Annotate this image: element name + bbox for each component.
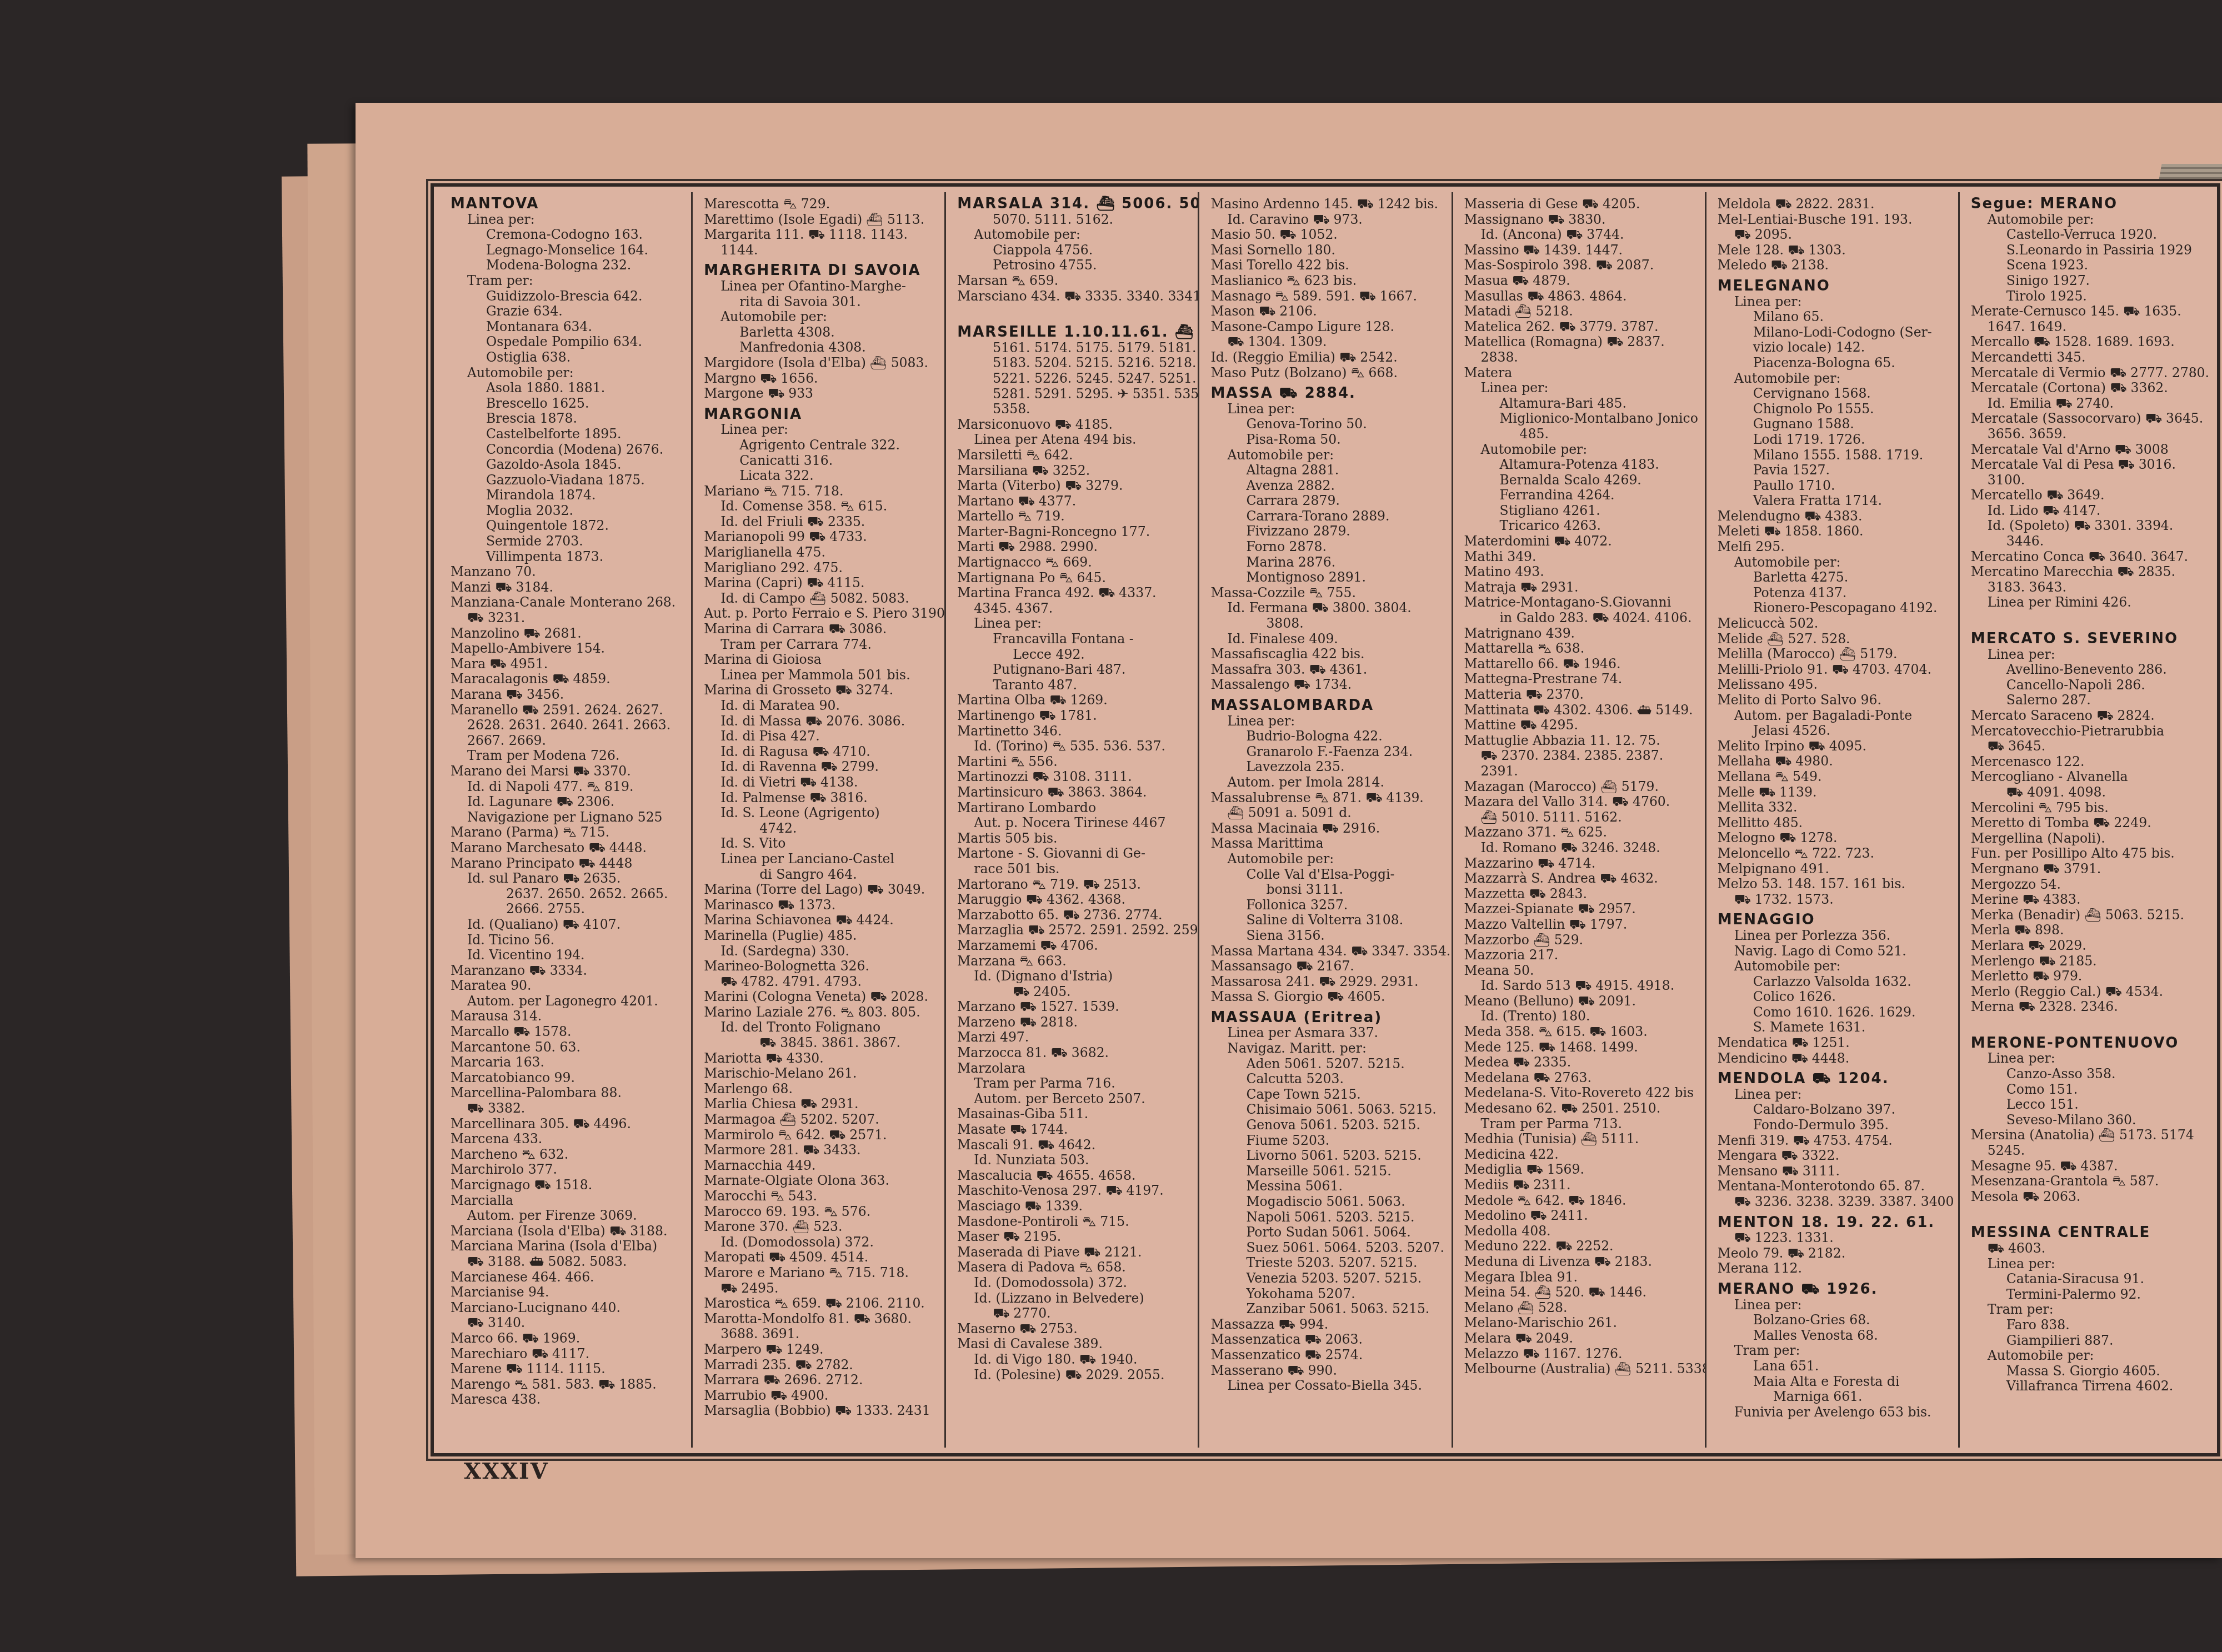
station-entry: Marcialla [451, 1193, 685, 1209]
station-entry: Medesano 62. ⛟ 2501. 2510. [1464, 1101, 1699, 1117]
station-subentry: Villafranca Tirrena 4602. [1971, 1379, 2206, 1394]
station-subentry: Autom. per Imola 2814. [1210, 775, 1445, 790]
station-subentry: Bernalda Scalo 4269. [1464, 473, 1699, 488]
station-subentry: Autom. per Bagaladi-Ponte [1718, 708, 1953, 724]
station-entry: Masnago ⛍ 589. 591. ⛟ 1667. [1210, 289, 1445, 304]
station-subentry: 2391. [1464, 764, 1699, 779]
station-subentry: Tram per Modena 726. [451, 748, 685, 764]
station-subentry: Malles Venosta 68. [1718, 1328, 1953, 1344]
station-subentry: S. Mamete 1631. [1718, 1020, 1953, 1035]
station-subentry: Altagna 2881. [1210, 463, 1445, 478]
station-entry: Mason ⛟ 2106. [1210, 304, 1445, 319]
station-entry: Marmirolo ⛍ 642. ⛟ 2571. [704, 1128, 939, 1143]
station-entry: Marcallo ⛟ 1578. [451, 1024, 685, 1040]
station-entry: Marrubio ⛟ 4900. [704, 1388, 939, 1404]
station-entry: Mathi 349. [1464, 549, 1699, 565]
station-subentry: Carrara-Torano 2889. [1210, 509, 1445, 524]
station-entry: Margidore (Isola d'Elba) ⛴ 5083. [704, 356, 939, 371]
station-entry: Mariotta ⛟ 4330. [704, 1051, 939, 1067]
station-subentry: ⛟ 2495. [704, 1281, 939, 1296]
station-entry: Marausa 314. [451, 1009, 685, 1024]
station-entry: Marlengo 68. [704, 1082, 939, 1097]
station-subentry: Linea per: [957, 616, 1192, 632]
section-heading: MERONE-PONTENUOVO [1971, 1036, 2206, 1052]
station-entry: Mensano ⛟ 3111. [1718, 1164, 1953, 1179]
station-entry: Marpero ⛟ 1249. [704, 1342, 939, 1358]
station-entry: Meda 358. ⛍ 615. ⛟ 1603. [1464, 1024, 1699, 1040]
station-entry: Marsan ⛍ 659. [957, 273, 1192, 289]
station-entry: Marano dei Marsi ⛟ 3370. [451, 764, 685, 779]
station-subentry: 1144. [704, 243, 939, 258]
station-entry: Maruggio ⛟ 4362. 4368. [957, 892, 1192, 908]
station-entry: Mentana-Monterotondo 65. 87. [1718, 1179, 1953, 1194]
station-entry: Maracalagonis ⛟ 4859. [451, 672, 685, 687]
station-subentry: Linea per: [1718, 1087, 1953, 1103]
station-subentry: Quingentole 1872. [451, 518, 685, 534]
station-entry: Martello ⛍ 719. [957, 509, 1192, 524]
station-entry: Marzana ⛍ 663. [957, 954, 1192, 969]
station-entry: Matrice-Montagano-S.Giovanni [1464, 595, 1699, 610]
station-subentry: 5245. [1971, 1143, 2206, 1159]
station-entry: Marlia Chiesa ⛟ 2931. [704, 1097, 939, 1112]
station-subentry: Funivia per Avelengo 653 bis. [1718, 1405, 1953, 1420]
station-entry: Marzamemi ⛟ 4706. [957, 938, 1192, 954]
station-subentry: Tram per Parma 716. [957, 1076, 1192, 1092]
station-subentry: Id. di Vigo 180. ⛟ 1940. [957, 1352, 1192, 1368]
station-entry: Masi Sornello 180. [1210, 243, 1445, 258]
station-subentry: Valera Fratta 1714. [1718, 493, 1953, 509]
station-entry: Marengo ⛍ 581. 583. ⛟ 1885. [451, 1377, 685, 1393]
station-subentry: 5161. 5174. 5175. 5179. 5181. [957, 341, 1192, 356]
station-entry: Massa Macinaia ⛟ 2916. [1210, 821, 1445, 837]
station-entry: Martinengo ⛟ 1781. [957, 708, 1192, 724]
station-subentry: Id. (Ancona) ⛟ 3744. [1464, 227, 1699, 243]
station-entry: Marsiconuovo ⛟ 4185. [957, 417, 1192, 433]
station-entry: Mazzoria 217. [1464, 948, 1699, 963]
section-heading: MENAGGIO [1718, 913, 1953, 928]
station-subentry: Francavilla Fontana - [957, 632, 1192, 647]
station-subentry: Id. (Sardegna) 330. [704, 944, 939, 959]
station-entry: Matino 493. [1464, 564, 1699, 580]
index-column-3: MARSALA 314. ⛴ 5006. 5010.5070. 5111. 51… [946, 192, 1199, 1448]
station-subentry: Saline di Volterra 3108. [1210, 913, 1445, 928]
station-subentry: Id. Nunziata 503. [957, 1153, 1192, 1168]
section-heading: MASSA ⛟ 2884. [1210, 386, 1445, 402]
station-subentry: Aut. p. Nocera Tirinese 4467 [957, 815, 1192, 831]
station-subentry: ⛟ 1223. 1331. [1718, 1230, 1953, 1246]
station-subentry: Marniga 661. [1718, 1389, 1953, 1405]
station-subentry: 3688. 3691. [704, 1326, 939, 1342]
station-entry: Manzolino ⛟ 2681. [451, 626, 685, 642]
station-subentry: Colico 1626. [1718, 989, 1953, 1005]
station-subentry: Licata 322. [704, 468, 939, 484]
station-subentry: Maia Alta e Foresta di [1718, 1374, 1953, 1390]
station-subentry: Canicatti 316. [704, 453, 939, 469]
station-subentry: Brescello 1625. [451, 396, 685, 412]
station-entry: Mercatino Marecchia ⛟ 2835. [1971, 564, 2206, 580]
station-entry: Merine ⛟ 4383. [1971, 892, 2206, 908]
station-entry: Mattuglie Abbazia 11. 12. 75. [1464, 733, 1699, 749]
station-entry: Marina di Grosseto ⛟ 3274. [704, 683, 939, 698]
station-subentry: Id. (Dignano d'Istria) [957, 969, 1192, 984]
station-subentry: Jelasi 4526. [1718, 723, 1953, 739]
station-subentry: Pisa-Roma 50. [1210, 432, 1445, 448]
station-subentry: ⛟ 3382. [451, 1101, 685, 1117]
station-entry: Marzaglia ⛟ 2572. 2591. 2592. 2594. [957, 923, 1192, 938]
station-entry: Martis 505 bis. [957, 831, 1192, 847]
station-entry: Melazzo ⛟ 1167. 1276. [1464, 1346, 1699, 1362]
station-entry: Mercallo ⛟ 1528. 1689. 1693. [1971, 334, 2206, 350]
station-subentry: ⛟ 2095. [1718, 227, 1953, 243]
station-subentry: Id. S. Leone (Agrigento) [704, 805, 939, 821]
station-subentry: Chisimaio 5061. 5063. 5215. [1210, 1102, 1445, 1118]
station-entry: Marechiaro ⛟ 4117. [451, 1346, 685, 1362]
station-entry: Melogno ⛟ 1278. [1718, 830, 1953, 846]
station-subentry: Id. (Polesine) ⛟ 2029. 2055. [957, 1368, 1192, 1383]
station-subentry: Id. Lagunare ⛟ 2306. [451, 794, 685, 810]
station-entry: Massafiscaglia 422 bis. [1210, 647, 1445, 662]
station-subentry: Linea per: [1971, 647, 2206, 663]
station-subentry: Gazzuolo-Viadana 1875. [451, 473, 685, 488]
station-entry: Marinella (Puglie) 485. [704, 928, 939, 944]
station-subentry: Montanara 634. [451, 319, 685, 335]
station-entry: Merate-Cernusco 145. ⛟ 1635. [1971, 304, 2206, 319]
station-entry: Marineo-Bolognetta 326. [704, 959, 939, 974]
page-number: XXXIV [464, 1458, 549, 1484]
station-entry: Mercenasco 122. [1971, 754, 2206, 770]
station-subentry: Cervignano 1568. [1718, 386, 1953, 402]
station-entry: Mercatino Conca ⛟ 3640. 3647. [1971, 549, 2206, 565]
station-entry: Mattegna-Prestrane 74. [1464, 672, 1699, 687]
station-entry: Marcianise 94. [451, 1285, 685, 1300]
station-subentry: Legnago-Monselice 164. [451, 243, 685, 258]
station-subentry: Automobile per: [1971, 1348, 2206, 1364]
station-subentry: Tram per: [451, 273, 685, 289]
station-subentry: 5183. 5204. 5215. 5216. 5218. [957, 356, 1192, 371]
station-subentry: Id. (Domodossola) 372. [957, 1275, 1192, 1291]
station-entry: Marescotta ⛍ 729. [704, 197, 939, 212]
station-entry: Matadi ⛴ 5218. [1464, 304, 1699, 319]
station-entry: Maschito-Venosa 297. ⛟ 4197. [957, 1183, 1192, 1199]
station-subentry: Lana 651. [1718, 1359, 1953, 1374]
station-entry: Massalengo ⛟ 1734. [1210, 677, 1445, 693]
station-entry: Manzano 70. [451, 564, 685, 580]
station-subentry: Altamura-Bari 485. [1464, 396, 1699, 412]
station-entry: Meldola ⛟ 2822. 2831. [1718, 197, 1953, 212]
station-subentry: Barletta 4275. [1718, 570, 1953, 585]
section-heading: MARGONIA [704, 407, 939, 423]
station-entry: Marina (Torre del Lago) ⛟ 3049. [704, 882, 939, 898]
station-entry: Mercatale di Vermio ⛟ 2777. 2780. [1971, 366, 2206, 381]
station-subentry: Id. Sardo 513 ⛟ 4915. 4918. [1464, 978, 1699, 994]
station-subentry: Manfredonia 4308. [704, 340, 939, 356]
station-entry: Aut. p. Porto Ferraio e S. Piero 3190 [704, 606, 939, 622]
station-subentry: Linea per: [451, 212, 685, 228]
station-subentry: Lavezzola 235. [1210, 759, 1445, 775]
station-subentry: Salerno 287. [1971, 693, 2206, 708]
station-subentry: Genova-Torino 50. [1210, 417, 1445, 432]
station-entry: Mercogliano - Alvanella [1971, 769, 2206, 785]
station-entry: Marano Principato ⛟ 4448 [451, 856, 685, 872]
station-entry: Masino Ardenno 145. ⛟ 1242 bis. [1210, 197, 1445, 212]
station-entry: Martinsicuro ⛟ 3863. 3864. [957, 785, 1192, 800]
station-entry: Maratea 90. [451, 978, 685, 994]
station-subentry: ⛟ 3231. [451, 610, 685, 626]
station-entry: Marotta-Mondolfo 81. ⛟ 3680. [704, 1311, 939, 1327]
station-entry: Mellana ⛍ 549. [1718, 769, 1953, 785]
station-subentry: ⛟ 1304. 1309. [1210, 334, 1445, 350]
station-subentry: Trieste 5203. 5207. 5215. [1210, 1255, 1445, 1271]
station-entry: Martinozzi ⛟ 3108. 3111. [957, 769, 1192, 785]
station-entry: Mattinata ⛟ 4302. 4306. ⛴ 5149. [1464, 703, 1699, 718]
station-entry: Marzano ⛟ 1527. 1539. [957, 999, 1192, 1015]
station-subentry: Gugnano 1588. [1718, 417, 1953, 432]
station-entry: Mercatale (Cortona) ⛟ 3362. [1971, 381, 2206, 396]
station-subentry: Id. di Ravenna ⛟ 2799. [704, 759, 939, 775]
station-subentry: 4742. [704, 821, 939, 837]
index-columns: MANTOVALinea per:Cremona-Codogno 163.Leg… [439, 192, 2211, 1448]
station-entry: Marina (Capri) ⛟ 4115. [704, 575, 939, 591]
station-subentry: Linea per Mammola 501 bis. [704, 668, 939, 683]
station-entry: Maser ⛟ 2195. [957, 1229, 1192, 1245]
station-subentry: Avenza 2882. [1210, 478, 1445, 494]
station-entry: Marnate-Olgiate Olona 363. [704, 1173, 939, 1189]
section-heading: MARGHERITA DI SAVOIA [704, 263, 939, 279]
station-subentry: Montignoso 2891. [1210, 570, 1445, 585]
station-entry: Meledo ⛟ 2138. [1718, 258, 1953, 273]
station-entry: Merlara ⛟ 2029. [1971, 938, 2206, 954]
station-entry: Massenzatico ⛟ 2574. [1210, 1348, 1445, 1363]
station-entry: Marciana Marina (Isola d'Elba) [451, 1239, 685, 1254]
section-heading: Segue: MERANO [1971, 197, 2206, 212]
station-subentry: Modena-Bologna 232. [451, 258, 685, 273]
section-heading: MENTON 18. 19. 22. 61. [1718, 1215, 1953, 1231]
station-subentry: Mogadiscio 5061. 5063. [1210, 1194, 1445, 1210]
station-subentry: Id. (Spoleto) ⛟ 3301. 3394. [1971, 518, 2206, 534]
station-entry: Masate ⛟ 1744. [957, 1122, 1192, 1138]
station-entry: Mercatale Val di Pesa ⛟ 3016. [1971, 457, 2206, 473]
spacer [957, 304, 1192, 319]
station-entry: Marzocca 81. ⛟ 3682. [957, 1045, 1192, 1061]
station-subentry: Id. del Tronto Folignano [704, 1020, 939, 1035]
station-entry: Martorano ⛍ 719. ⛟ 2513. [957, 877, 1192, 893]
station-entry: Mergozzo 54. [1971, 877, 2206, 893]
station-subentry: Id. (Qualiano) ⛟ 4107. [451, 917, 685, 933]
station-subentry: Linea per Asmara 337. [1210, 1025, 1445, 1041]
index-column-4: Masino Ardenno 145. ⛟ 1242 bis.Id. Carav… [1199, 192, 1453, 1448]
station-subentry: Automobile per: [1971, 212, 2206, 228]
station-subentry: ⛟ 3645. [1971, 739, 2206, 754]
station-subentry: Asola 1880. 1881. [451, 381, 685, 396]
station-subentry: Ospedale Pompilio 634. [451, 334, 685, 350]
station-subentry: ⛟ 2370. 2384. 2385. 2387. [1464, 748, 1699, 764]
station-entry: Mattine ⛟ 4295. [1464, 718, 1699, 733]
station-subentry: Automobile per: [1210, 448, 1445, 463]
station-subentry: 3656. 3659. [1971, 427, 2206, 442]
station-entry: Martano ⛟ 4377. [957, 494, 1192, 509]
station-entry: Melle ⛟ 1139. [1718, 785, 1953, 800]
station-entry: Mazagan (Marocco) ⛴ 5179. [1464, 779, 1699, 795]
station-entry: Martignana Po ⛍ 645. [957, 570, 1192, 586]
station-entry: Marene ⛟ 1114. 1115. [451, 1361, 685, 1377]
station-subentry: Siena 3156. [1210, 928, 1445, 944]
station-entry: Meano (Belluno) ⛟ 2091. [1464, 994, 1699, 1009]
station-subentry: Tram per Parma 713. [1464, 1117, 1699, 1132]
station-subentry: Id. del Friuli ⛟ 2335. [704, 514, 939, 530]
station-subentry: Linea per: [1971, 1051, 2206, 1067]
station-entry: Medea ⛟ 2335. [1464, 1055, 1699, 1070]
station-entry: Maranello ⛟ 2591. 2624. 2627. [451, 703, 685, 718]
station-subentry: 5221. 5226. 5245. 5247. 5251. [957, 371, 1192, 387]
station-entry: Marco 66. ⛟ 1969. [451, 1331, 685, 1346]
station-entry: Masdone-Pontiroli ⛍ 715. [957, 1214, 1192, 1230]
station-entry: Marnacchia 449. [704, 1158, 939, 1174]
station-entry: Maserada di Piave ⛟ 2121. [957, 1245, 1192, 1260]
station-entry: Maranzano ⛟ 3334. [451, 963, 685, 979]
station-subentry: Carrara 2879. [1210, 493, 1445, 509]
station-subentry: Linea per: [1718, 294, 1953, 310]
station-entry: Marano Marchesato ⛟ 4448. [451, 840, 685, 856]
station-subentry: Scena 1923. [1971, 258, 2206, 273]
station-entry: Melfi 295. [1718, 539, 1953, 555]
station-subentry: Follonica 3257. [1210, 898, 1445, 913]
station-entry: Marano (Parma) ⛍ 715. [451, 825, 685, 840]
station-entry: Marciano-Lucignano 440. [451, 1300, 685, 1316]
station-subentry: Bolzano-Gries 68. [1718, 1313, 1953, 1328]
station-subentry: Milano 65. [1718, 309, 1953, 325]
station-subentry: ⛟ 4782. 4791. 4793. [704, 974, 939, 990]
station-subentry: ⛴ 5010. 5111. 5162. [1464, 810, 1699, 825]
station-entry: Marinasco ⛟ 1373. [704, 898, 939, 913]
station-entry: Merana 112. [1718, 1261, 1953, 1276]
station-entry: Marrara ⛟ 2696. 2712. [704, 1373, 939, 1388]
station-subentry: di Sangro 464. [704, 867, 939, 883]
station-subentry: in Galdo 283. ⛟ 4024. 4106. [1464, 610, 1699, 626]
station-entry: Maslianico ⛍ 623 bis. [1210, 273, 1445, 289]
station-subentry: Navigazione per Lignano 525 [451, 810, 685, 825]
station-subentry: Villimpenta 1873. [451, 549, 685, 565]
station-subentry: Id. Palmense ⛟ 3816. [704, 790, 939, 806]
station-entry: Id. (Reggio Emilia) ⛟ 2542. [1210, 350, 1445, 366]
station-subentry: 1647. 1649. [1971, 319, 2206, 335]
station-entry: Mazzorbo ⛴ 529. [1464, 933, 1699, 948]
station-subentry: 2667. 2669. [451, 733, 685, 749]
station-entry: Matrignano 439. [1464, 626, 1699, 642]
station-entry: Merna ⛟ 2328. 2346. [1971, 999, 2206, 1015]
station-entry: Marini (Cologna Veneta) ⛟ 2028. [704, 989, 939, 1005]
station-subentry: Linea per: [1971, 1256, 2206, 1272]
index-column-2: Marescotta ⛍ 729.Marettimo (Isole Egadi)… [693, 192, 946, 1448]
station-subentry: Cape Town 5215. [1210, 1087, 1445, 1103]
station-entry: Mercato Saraceno ⛟ 2824. [1971, 708, 2206, 724]
station-entry: Marone 370. ⛴ 523. [704, 1219, 939, 1235]
station-entry: Marcellinara 305. ⛟ 4496. [451, 1117, 685, 1132]
station-entry: Melzo 53. 148. 157. 161 bis. [1718, 877, 1953, 892]
station-subentry: Marina 2876. [1210, 555, 1445, 570]
station-entry: Marsiletti ⛍ 642. [957, 448, 1192, 463]
station-entry: Mazzei-Spianate ⛟ 2957. [1464, 902, 1699, 917]
station-entry: Melano ⛴ 528. [1464, 1300, 1699, 1316]
station-entry: Medole ⛍ 642. ⛟ 1846. [1464, 1193, 1699, 1209]
station-subentry: Linea per: [1210, 402, 1445, 417]
station-subentry: Cremona-Codogno 163. [451, 227, 685, 243]
station-subentry: Zanzibar 5061. 5063. 5215. [1210, 1301, 1445, 1317]
station-entry: Martinetto 346. [957, 724, 1192, 739]
station-subentry: Fondo-Dermulo 395. [1718, 1118, 1953, 1133]
station-subentry: ⛟ 2405. [957, 984, 1192, 1000]
station-entry: Melissano 495. [1718, 677, 1953, 693]
station-entry: Marzabotto 65. ⛟ 2736. 2774. [957, 908, 1192, 923]
station-entry: Mattarella ⛍ 638. [1464, 641, 1699, 657]
station-entry: Merla ⛟ 898. [1971, 923, 2206, 938]
station-entry: Mariglianella 475. [704, 545, 939, 560]
station-subentry: Caldaro-Bolzano 397. [1718, 1102, 1953, 1118]
station-entry: Marzi 497. [957, 1030, 1192, 1045]
station-subentry: rita di Savoia 301. [704, 294, 939, 310]
station-subentry: Gazoldo-Asola 1845. [451, 457, 685, 473]
station-subentry: Grazie 634. [451, 304, 685, 319]
station-entry: Massarosa 241. ⛟ 2929. 2931. [1210, 974, 1445, 990]
station-subentry: Fiume 5203. [1210, 1133, 1445, 1149]
station-subentry: Linea per: [704, 422, 939, 438]
station-subentry: 5281. 5291. 5295. ✈ 5351. 5357. [957, 387, 1192, 402]
station-entry: Fun. per Posillipo Alto 475 bis. [1971, 846, 2206, 862]
station-entry: Matraja ⛟ 2931. [1464, 580, 1699, 595]
station-subentry: Id. Emilia ⛟ 2740. [1971, 396, 2206, 412]
station-subentry: Automobile per: [451, 366, 685, 381]
station-entry: Menfi 319. ⛟ 4753. 4754. [1718, 1133, 1953, 1149]
station-subentry: Granarolo F.-Faenza 234. [1210, 744, 1445, 760]
station-entry: Marocco 69. 193. ⛍ 576. [704, 1204, 939, 1220]
station-subentry: bonsi 3111. [1210, 882, 1445, 898]
station-entry: Marcaria 163. [451, 1055, 685, 1070]
station-subentry: Linea per Cossato-Biella 345. [1210, 1378, 1445, 1394]
station-entry: Masi Torello 422 bis. [1210, 258, 1445, 273]
station-entry: Marina di Gioiosa [704, 652, 939, 668]
station-entry: Mattarello 66. ⛟ 1946. [1464, 657, 1699, 672]
station-entry: Marcignago ⛟ 1518. [451, 1178, 685, 1193]
station-subentry: Linea per Porlezza 356. [1718, 928, 1953, 944]
station-entry: Mendatica ⛟ 1251. [1718, 1035, 1953, 1051]
station-entry: Mediis ⛟ 2311. [1464, 1178, 1699, 1193]
station-entry: Meloncello ⛍ 722. 723. [1718, 846, 1953, 862]
station-entry: Mas-Sospirolo 398. ⛟ 2087. [1464, 258, 1699, 273]
station-entry: Martone - S. Giovanni di Ge- [957, 846, 1192, 862]
station-subentry: Termini-Palermo 92. [1971, 1287, 2206, 1303]
station-entry: Mazzarrà S. Andrea ⛟ 4632. [1464, 871, 1699, 887]
station-entry: Masciago ⛟ 1339. [957, 1199, 1192, 1214]
station-entry: Merletto ⛟ 979. [1971, 969, 2206, 984]
station-subentry: Ostiglia 638. [451, 350, 685, 366]
station-entry: Maropati ⛟ 4509. 4514. [704, 1250, 939, 1265]
station-subentry: Paullo 1710. [1718, 478, 1953, 494]
station-subentry: Suez 5061. 5064. 5203. 5207. [1210, 1240, 1445, 1256]
station-subentry: ⛟ 4603. [1971, 1241, 2206, 1256]
station-entry: Marianopoli 99 ⛟ 4733. [704, 529, 939, 545]
station-subentry: Id. (Lizzano in Belvedere) [957, 1291, 1192, 1306]
station-subentry: 3808. [1210, 616, 1445, 632]
station-entry: Mesenzana-Grantola ⛍ 587. [1971, 1174, 2206, 1189]
station-entry: Melito Irpino ⛟ 4095. [1718, 739, 1953, 754]
station-entry: Mercolini ⛍ 795 bis. [1971, 800, 2206, 816]
spacer [1971, 1204, 2206, 1220]
station-entry: Melano-Marischio 261. [1464, 1315, 1699, 1331]
station-subentry: Carlazzo Valsolda 1632. [1718, 974, 1953, 990]
station-subentry: Id. di Campo ⛴ 5082. 5083. [704, 591, 939, 607]
station-subentry: Autom. per Berceto 2507. [957, 1092, 1192, 1107]
index-column-7: Segue: MERANOAutomobile per:Castello-Ver… [1960, 192, 2211, 1448]
station-entry: Masera di Padova ⛍ 658. [957, 1260, 1192, 1275]
